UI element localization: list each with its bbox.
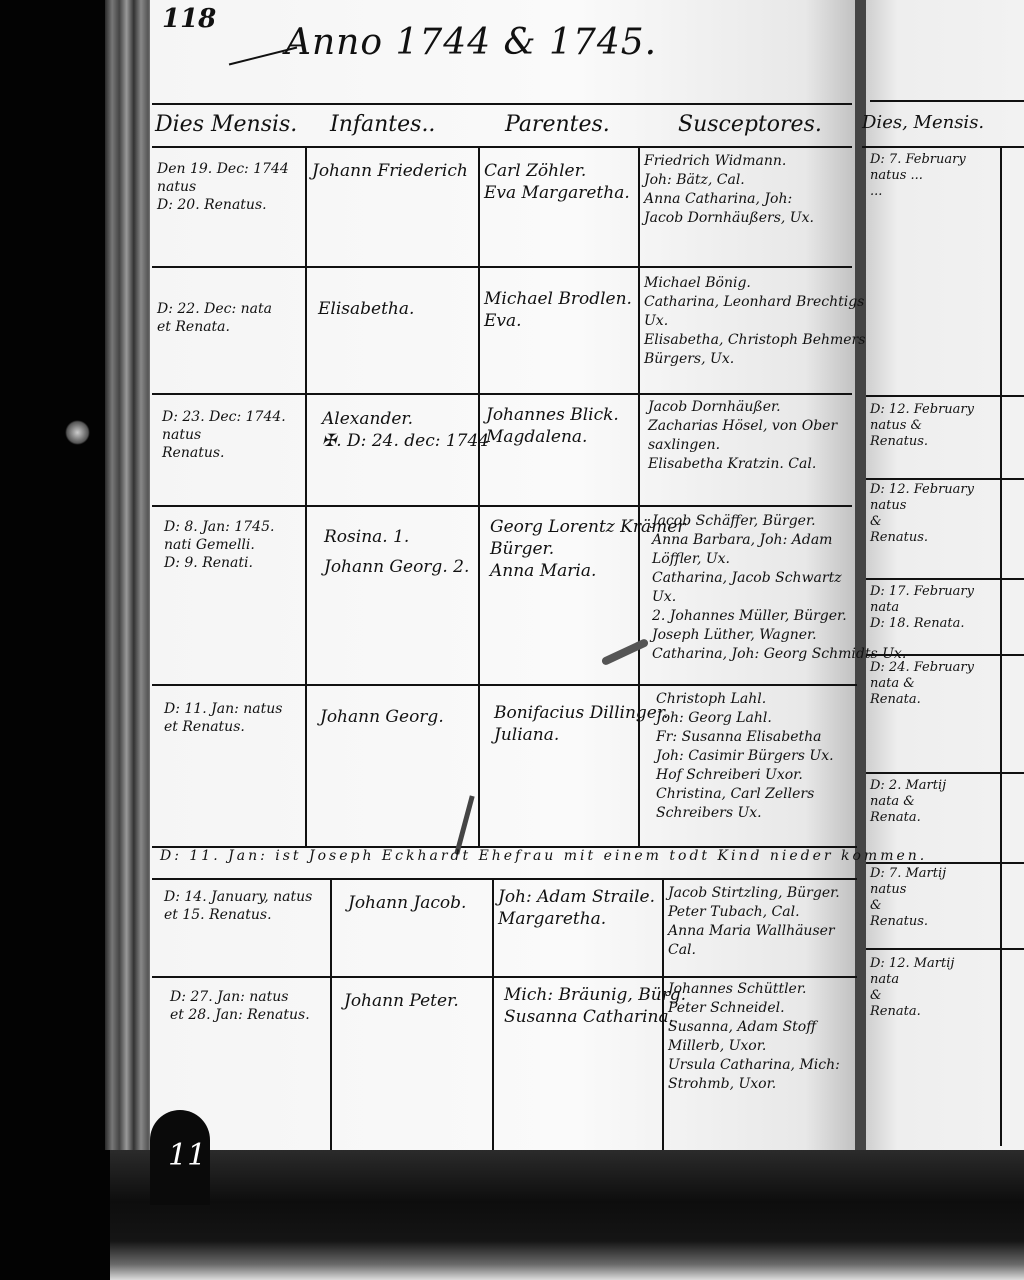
- page-title: Anno 1744 & 1745.: [285, 22, 657, 63]
- row-rule: [152, 266, 852, 268]
- entry-date: D: 23. Dec: 1744. natus Renatus.: [162, 408, 286, 462]
- entry-sponsors: Jacob Stirtzling, Bürger. Peter Tubach, …: [668, 884, 840, 960]
- entry-sponsors: Johannes Schüttler. Peter Schneidel. Sus…: [668, 980, 840, 1094]
- entry-parents: Michael Brodlen. Eva.: [484, 288, 632, 332]
- entry-date: D: 14. January, natus et 15. Renatus.: [164, 888, 312, 924]
- entry-date: D: 8. Jan: 1745. nati Gemelli. D: 9. Ren…: [164, 518, 274, 572]
- right-column-rule: [1000, 146, 1002, 1146]
- entry-date: Den 19. Dec: 1744 natus D: 20. Renatus.: [157, 160, 289, 214]
- right-header-top-rule: [870, 100, 1024, 102]
- note-row-stillbirth: D: 11. Jan: ist Joseph Eckhardt Ehefrau …: [160, 848, 927, 864]
- right-column-header-dies-mensis: Dies, Mensis.: [862, 112, 984, 133]
- entry-parents: Bonifacius Dillinger. Juliana.: [494, 702, 669, 746]
- right-entry-date: D: 7. Martij natus & Renatus.: [870, 866, 946, 930]
- folio-number: 118: [162, 4, 216, 34]
- right-entry-date: D: 12. February natus & Renatus.: [870, 402, 974, 450]
- entry-infant: Rosina. 1. Johann Georg. 2.: [324, 522, 469, 582]
- entry-infant: Johann Peter.: [344, 990, 459, 1012]
- right-row-rule: [866, 948, 1024, 950]
- row-rule: [152, 976, 857, 978]
- column-rule-2: [478, 146, 480, 846]
- right-entry-date: D: 12. February natus & Renatus.: [870, 482, 974, 546]
- row-rule: [152, 684, 857, 686]
- header-bottom-rule: [152, 146, 852, 148]
- right-entry-date: D: 2. Martij nata & Renata.: [870, 778, 946, 826]
- column-rule-2b: [492, 878, 494, 1150]
- entry-sponsors: Christoph Lahl. Joh: Georg Lahl. Fr: Sus…: [656, 690, 834, 823]
- book-spine: [105, 0, 153, 1150]
- entry-sponsors: Jacob Schäffer, Bürger. Anna Barbara, Jo…: [652, 512, 906, 664]
- right-entry-date: D: 24. February nata & Renata.: [870, 660, 974, 708]
- entry-infant: Elisabetha.: [318, 298, 414, 320]
- row-rule: [152, 878, 857, 880]
- entry-date: D: 11. Jan: natus et Renatus.: [164, 700, 282, 736]
- entry-parents: Johannes Blick. Magdalena.: [486, 404, 619, 448]
- entry-infant: Johann Jacob.: [348, 892, 466, 914]
- entry-parents: Mich: Bräunig, Bürg. Susanna Catharina.: [504, 984, 686, 1028]
- entry-date: D: 22. Dec: nata et Renata.: [157, 300, 272, 336]
- entry-date: D: 27. Jan: natus et 28. Jan: Renatus.: [170, 988, 310, 1024]
- right-entry-date: D: 7. February natus ... ...: [870, 152, 966, 200]
- page-bottom-edge: [110, 1150, 1024, 1280]
- right-entry-date: D: 17. February nata D: 18. Renata.: [870, 584, 974, 632]
- right-row-rule: [866, 654, 1024, 656]
- column-rule-1b: [330, 878, 332, 1150]
- page-tab-label: 11: [168, 1138, 206, 1173]
- spine-blot: [65, 420, 90, 445]
- right-row-rule: [866, 772, 1024, 774]
- right-row-rule: [866, 395, 1024, 397]
- book-binding-shadow: [0, 0, 110, 1280]
- entry-sponsors: Jacob Dornhäußer. Zacharias Hösel, von O…: [648, 398, 837, 474]
- column-header-susceptores: Susceptores.: [678, 112, 822, 137]
- header-top-rule: [152, 103, 852, 105]
- entry-parents: Carl Zöhler. Eva Margaretha.: [484, 160, 630, 204]
- entry-infant: Alexander. ✠. D: 24. dec: 1744: [322, 408, 489, 452]
- right-row-rule: [866, 862, 1024, 864]
- entry-infant: Johann Friederich: [312, 160, 468, 182]
- right-entry-date: D: 12. Martij nata & Renata.: [870, 956, 954, 1020]
- row-rule: [152, 393, 852, 395]
- entry-parents: Joh: Adam Straile. Margaretha.: [498, 886, 655, 930]
- entry-infant: Johann Georg.: [320, 706, 444, 728]
- entry-sponsors: Michael Bönig. Catharina, Leonhard Brech…: [644, 274, 865, 369]
- right-row-rule: [866, 578, 1024, 580]
- column-rule-1: [305, 146, 307, 846]
- column-header-parentes: Parentes.: [505, 112, 610, 137]
- column-header-dies-mensis: Dies Mensis.: [155, 112, 297, 137]
- entry-sponsors: Friedrich Widmann. Joh: Bätz, Cal. Anna …: [644, 152, 814, 228]
- right-row-rule: [866, 478, 1024, 480]
- column-header-infantes: Infantes..: [330, 112, 435, 137]
- row-rule: [152, 505, 852, 507]
